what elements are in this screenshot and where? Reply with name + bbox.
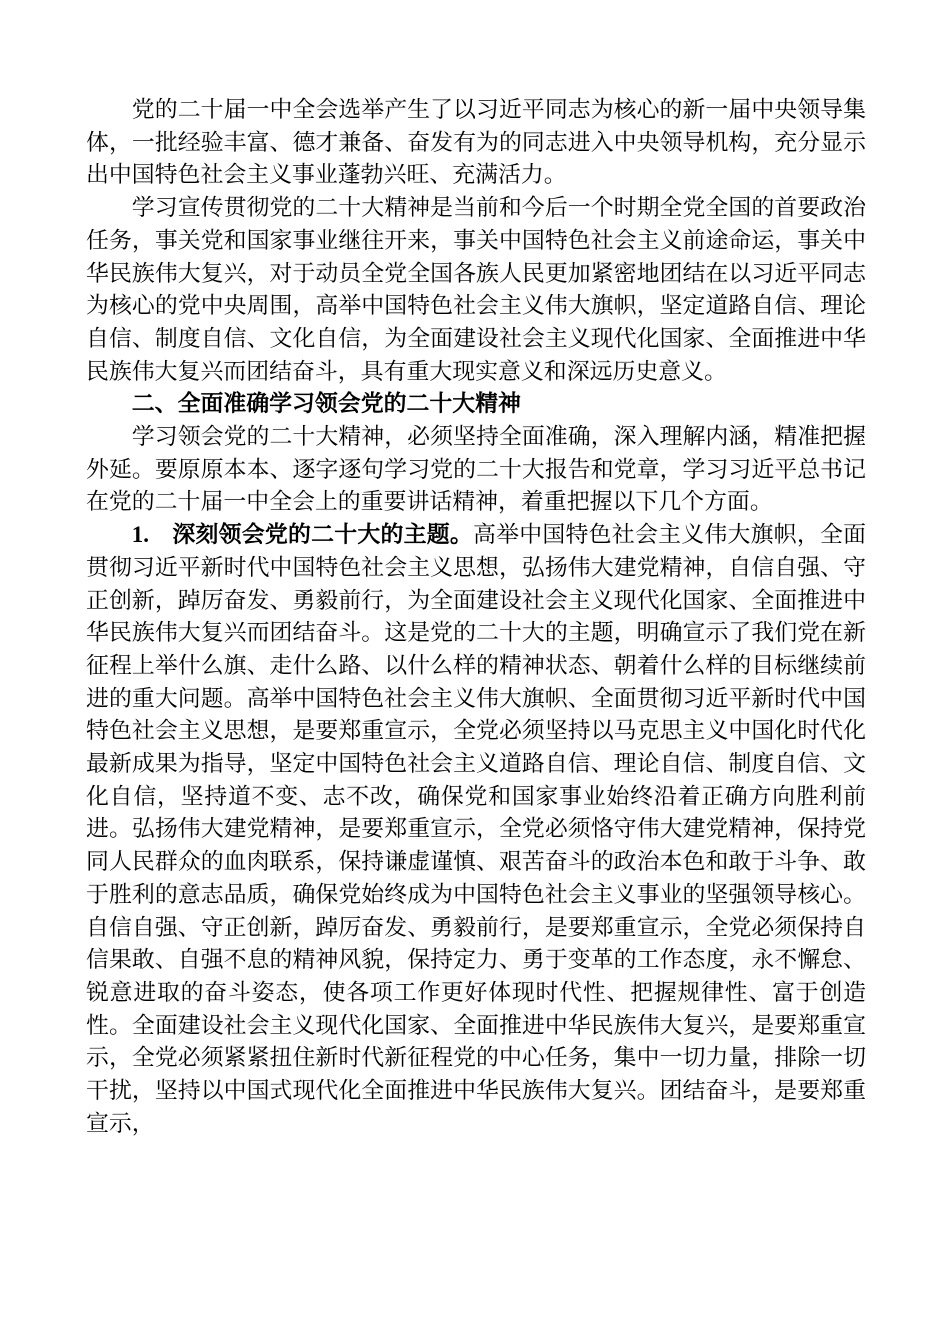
numbered-point-lead: 1. 深刻领会党的二十大的主题。: [132, 522, 473, 547]
document-page: 党的二十届一中全会选举产生了以习近平同志为核心的新一届中央领导集体，一批经验丰富…: [0, 0, 950, 1344]
body-paragraph: 学习宣传贯彻党的二十大精神是当前和今后一个时期全党全国的首要政治任务，事关党和国…: [86, 192, 866, 388]
body-paragraph: 1. 深刻领会党的二十大的主题。高举中国特色社会主义伟大旗帜，全面贯彻习近平新时…: [86, 519, 866, 1140]
body-paragraph: 党的二十届一中全会选举产生了以习近平同志为核心的新一届中央领导集体，一批经验丰富…: [86, 94, 866, 192]
body-paragraph: 学习领会党的二十大精神，必须坚持全面准确，深入理解内涵，精准把握外延。要原原本本…: [86, 421, 866, 519]
section-heading: 二、全面准确学习领会党的二十大精神: [86, 388, 866, 421]
paragraph-text: 高举中国特色社会主义伟大旗帜，全面贯彻习近平新时代中国特色社会主义思想，弘扬伟大…: [86, 522, 866, 1136]
document-body: 党的二十届一中全会选举产生了以习近平同志为核心的新一届中央领导集体，一批经验丰富…: [86, 94, 866, 1141]
